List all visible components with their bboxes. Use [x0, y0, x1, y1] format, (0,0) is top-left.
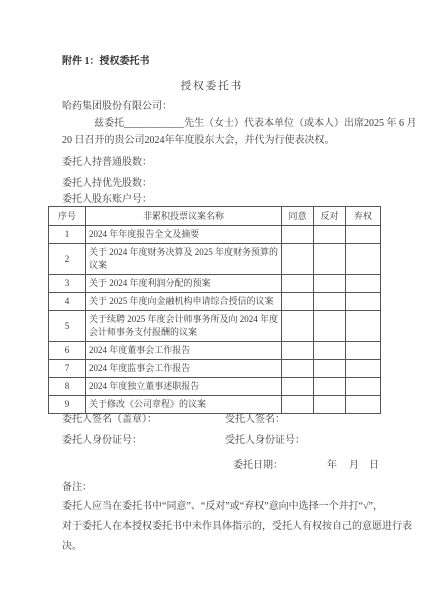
shareholder-account-line: 委托人股东账户号：	[62, 190, 152, 205]
table-row: 3 关于 2024 年度利润分配的预案	[49, 275, 381, 293]
ordinary-shares-line: 委托人持普通股数：	[62, 153, 152, 168]
principal-id-label: 委托人身份证号：	[62, 431, 142, 446]
proposal-name: 关于 2024 年度利润分配的预案	[86, 275, 282, 293]
col-header-oppose: 反对	[314, 207, 346, 226]
abstain-cell	[346, 342, 381, 360]
proposal-name: 2024 年度独立董事述职报告	[86, 378, 282, 396]
document-title: 授权委托书	[0, 78, 424, 93]
oppose-cell	[314, 226, 346, 244]
table-row: 2 关于 2024 年度财务决算及 2025 年度财务预算的议案	[49, 244, 381, 275]
row-number: 8	[49, 378, 86, 396]
attachment-title: 附件 1：授权委托书	[62, 52, 150, 67]
col-header-agree: 同意	[282, 207, 314, 226]
table-row: 7 2024 年度监事会工作报告	[49, 360, 381, 378]
entrust-date-line: 委托日期：年月日	[233, 456, 379, 471]
abstain-cell	[346, 226, 381, 244]
oppose-cell	[314, 360, 346, 378]
abstain-cell	[346, 378, 381, 396]
document-page: 附件 1：授权委托书 授权委托书 哈药集团股份有限公司： 兹委托________…	[0, 0, 424, 600]
abstain-cell	[346, 360, 381, 378]
voting-table: 序号 非累积投票议案名称 同意 反对 弃权 1 2024 年年度报告全文及摘要 …	[48, 206, 381, 414]
note-line-3: 决。	[62, 537, 396, 552]
abstain-cell	[346, 311, 381, 342]
oppose-cell	[314, 244, 346, 275]
agent-id-label: 受托人身份证号：	[225, 431, 305, 446]
agree-cell	[282, 342, 314, 360]
year-label: 年	[327, 456, 337, 471]
oppose-cell	[314, 275, 346, 293]
table-row: 4 关于 2025 年度向金融机构申请综合授信的议案	[49, 293, 381, 311]
note-line-1: 委托人应当在委托书中“同意”、“反对”或“弃权”意向中选择一个并打“√”，	[62, 497, 396, 512]
abstain-cell	[346, 275, 381, 293]
abstain-cell	[346, 293, 381, 311]
month-label: 月	[349, 456, 359, 471]
day-label: 日	[369, 456, 379, 471]
proposal-name: 2024 年年度报告全文及摘要	[86, 226, 282, 244]
row-number: 1	[49, 226, 86, 244]
entrust-line-2: 20 日召开的贵公司2024年年度股东大会，并代为行使表决权。	[62, 131, 335, 146]
oppose-cell	[314, 311, 346, 342]
agent-signature-label: 受托人签名：	[225, 410, 285, 425]
row-number: 3	[49, 275, 86, 293]
agree-cell	[282, 275, 314, 293]
principal-signature-label: 委托人签名（盖章）：	[62, 410, 157, 425]
table-row: 8 2024 年度独立董事述职报告	[49, 378, 381, 396]
proposal-name: 关于 2025 年度向金融机构申请综合授信的议案	[86, 293, 282, 311]
oppose-cell	[314, 293, 346, 311]
abstain-cell	[346, 396, 381, 414]
row-number: 5	[49, 311, 86, 342]
proposal-name: 关于续聘 2025 年度会计师事务所及向 2024 年度会计师事务支付报酬的议案	[86, 311, 282, 342]
table-row: 5 关于续聘 2025 年度会计师事务所及向 2024 年度会计师事务支付报酬的…	[49, 311, 381, 342]
oppose-cell	[314, 378, 346, 396]
notes-label: 备注：	[62, 478, 92, 493]
row-number: 4	[49, 293, 86, 311]
company-line: 哈药集团股份有限公司：	[62, 97, 172, 112]
preferred-shares-line: 委托人持优先股数：	[62, 174, 152, 189]
oppose-cell	[314, 342, 346, 360]
row-number: 2	[49, 244, 86, 275]
agree-cell	[282, 226, 314, 244]
abstain-cell	[346, 244, 381, 275]
col-header-no: 序号	[49, 207, 86, 226]
col-header-proposal: 非累积投票议案名称	[86, 207, 282, 226]
table-row: 1 2024 年年度报告全文及摘要	[49, 226, 381, 244]
agree-cell	[282, 360, 314, 378]
agree-cell	[282, 378, 314, 396]
proposal-name: 2024 年度董事会工作报告	[86, 342, 282, 360]
oppose-cell	[314, 396, 346, 414]
agree-cell	[282, 396, 314, 414]
table-row: 6 2024 年度董事会工作报告	[49, 342, 381, 360]
proposal-name: 2024 年度监事会工作报告	[86, 360, 282, 378]
row-number: 6	[49, 342, 86, 360]
agree-cell	[282, 293, 314, 311]
entrust-line-1: 兹委托____________先生（女士）代表本单位（或本人）出席2025 年 …	[94, 114, 417, 129]
agree-cell	[282, 244, 314, 275]
agree-cell	[282, 311, 314, 342]
table-header-row: 序号 非累积投票议案名称 同意 反对 弃权	[49, 207, 381, 226]
row-number: 7	[49, 360, 86, 378]
date-label: 委托日期：	[233, 456, 283, 471]
note-line-2: 对于委托人在本授权委托书中未作具体指示的，受托人有权按自己的意愿进行表	[62, 517, 396, 532]
col-header-abstain: 弃权	[346, 207, 381, 226]
proposal-name: 关于 2024 年度财务决算及 2025 年度财务预算的议案	[86, 244, 282, 275]
